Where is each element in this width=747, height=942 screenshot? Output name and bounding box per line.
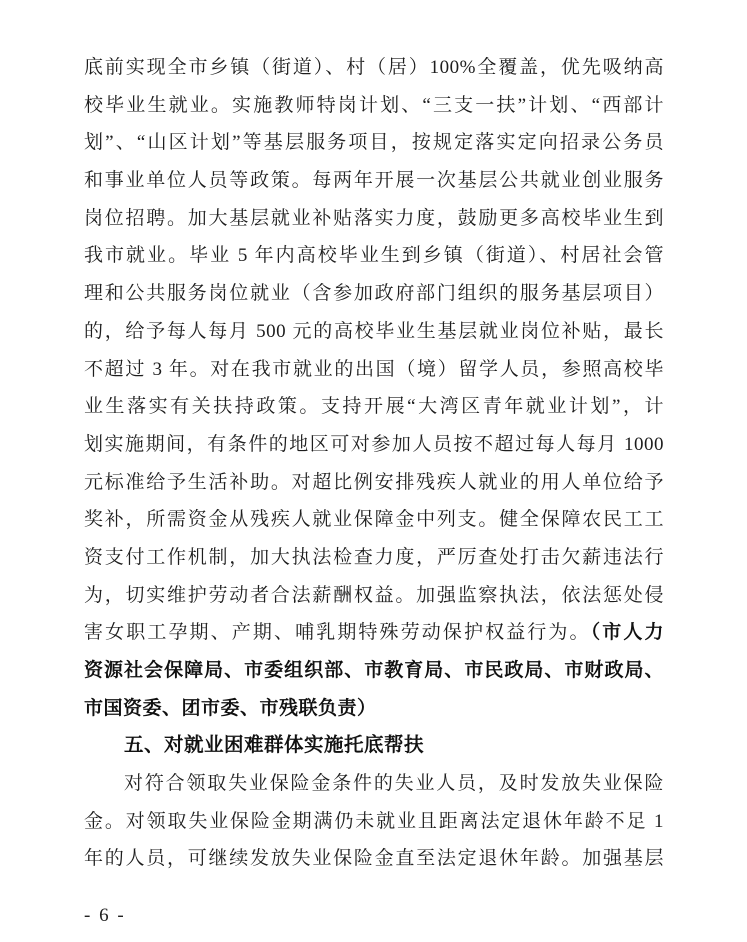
- text-line: 对符合领取失业保险金条件的失业人员，及时发放失业保险: [84, 765, 664, 803]
- responsible-departments-line: 市国资委、团市委、市残联负责）: [84, 690, 664, 728]
- mixed-text-line: 害女职工孕期、产期、哺乳期特殊劳动保护权益行为。（市人力: [84, 614, 664, 652]
- responsible-departments-bold: （市人力: [591, 622, 664, 643]
- text-line: 划”、“山区计划”等基层服务项目，按规定落实定向招录公务员: [84, 124, 664, 162]
- text-segment: 害女职工孕期、产期、哺乳期特殊劳动保护权益行为。: [84, 622, 591, 643]
- text-line: 和事业单位人员等政策。每两年开展一次基层公共就业创业服务: [84, 162, 664, 200]
- text-line: 我市就业。毕业 5 年内高校毕业生到乡镇（街道）、村居社会管: [84, 237, 664, 275]
- responsible-departments-line: 资源社会保障局、市委组织部、市教育局、市民政局、市财政局、: [84, 652, 664, 690]
- text-line: 校毕业生就业。实施教师特岗计划、“三支一扶”计划、“西部计: [84, 87, 664, 125]
- page-body: 底前实现全市乡镇（街道）、村（居）100%全覆盖，优先吸纳高 校毕业生就业。实施…: [84, 49, 664, 878]
- text-line: 岗位招聘。加大基层就业补贴落实力度，鼓励更多高校毕业生到: [84, 200, 664, 238]
- page-number: - 6 -: [84, 901, 126, 931]
- text-line: 理和公共服务岗位就业（含参加政府部门组织的服务基层项目）: [84, 275, 664, 313]
- text-line: 底前实现全市乡镇（街道）、村（居）100%全覆盖，优先吸纳高: [84, 49, 664, 87]
- section-heading: 五、对就业困难群体实施托底帮扶: [84, 727, 664, 765]
- text-line: 奖补，所需资金从残疾人就业保障金中列支。健全保障农民工工: [84, 501, 664, 539]
- text-line: 年的人员，可继续发放失业保险金直至法定退休年龄。加强基层: [84, 840, 664, 878]
- text-line: 不超过 3 年。对在我市就业的出国（境）留学人员，参照高校毕: [84, 351, 664, 389]
- text-line: 业生落实有关扶持政策。支持开展“大湾区青年就业计划”，计: [84, 388, 664, 426]
- text-line: 金。对领取失业保险金期满仍未就业且距离法定退休年龄不足 1: [84, 803, 664, 841]
- text-line: 资支付工作机制，加大执法检查力度，严厉查处打击欠薪违法行: [84, 539, 664, 577]
- text-line: 为，切实维护劳动者合法薪酬权益。加强监察执法，依法惩处侵: [84, 577, 664, 615]
- text-line: 的，给予每人每月 500 元的高校毕业生基层就业岗位补贴，最长: [84, 313, 664, 351]
- text-line: 划实施期间，有条件的地区可对参加人员按不超过每人每月 1000: [84, 426, 664, 464]
- text-line: 元标准给予生活补助。对超比例安排残疾人就业的用人单位给予: [84, 464, 664, 502]
- document-page: 底前实现全市乡镇（街道）、村（居）100%全覆盖，优先吸纳高 校毕业生就业。实施…: [0, 0, 747, 942]
